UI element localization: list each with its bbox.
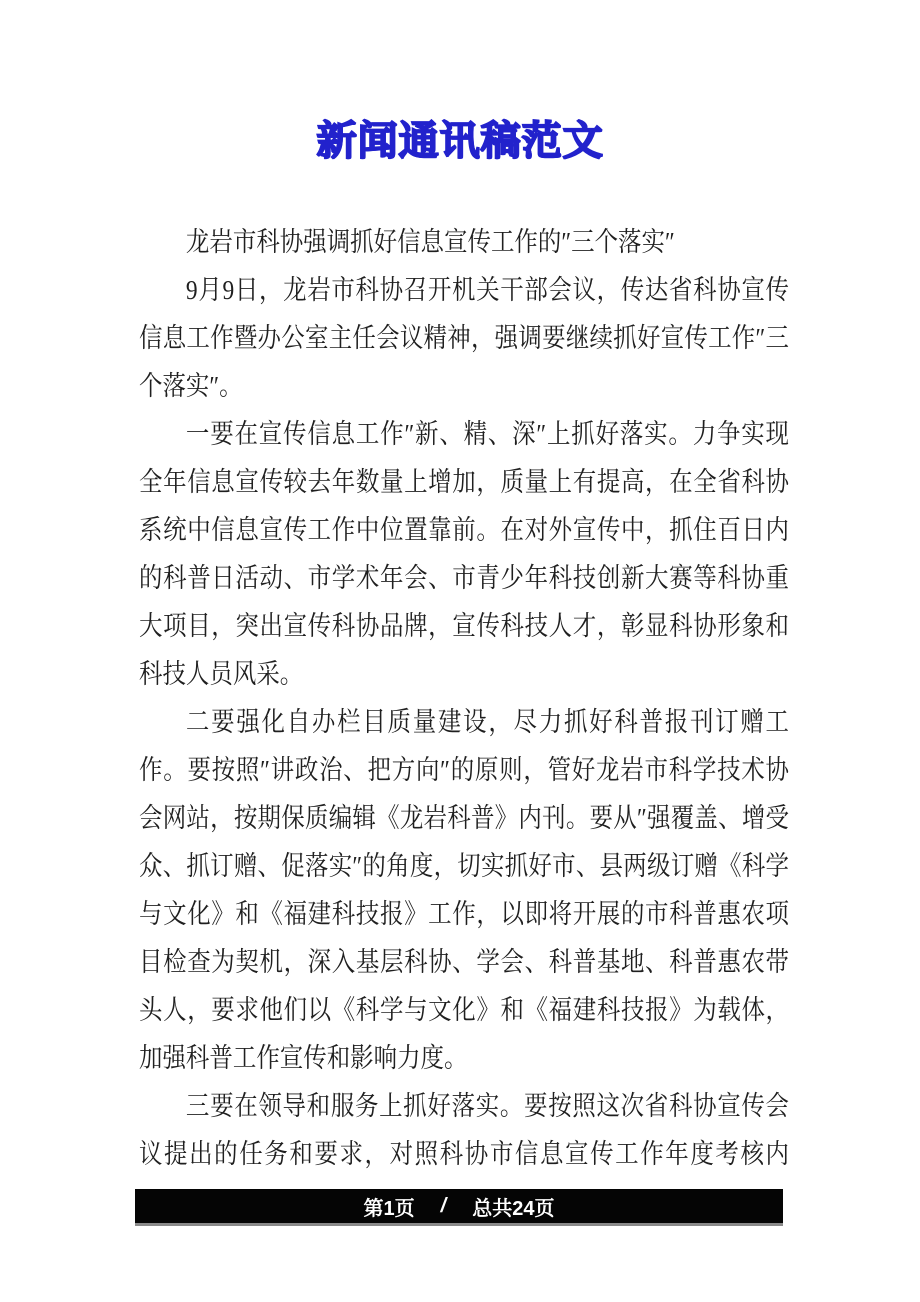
footer-page-number: 第1页 — [364, 1192, 415, 1221]
page-footer: 第1页 / 总共24页 — [135, 1189, 783, 1226]
document-title: 新闻通讯稿范文 — [0, 0, 920, 164]
document-page: 新闻通讯稿范文 龙岩市科协强调抓好信息宣传工作的″三个落实″ 9月9日，龙岩市科… — [0, 0, 920, 1302]
document-body: 龙岩市科协强调抓好信息宣传工作的″三个落实″ 9月9日，龙岩市科协召开机关干部会… — [139, 218, 789, 1183]
paragraph-point-one: 一要在宣传信息工作″新、精、深″上抓好落实。力争实现全年信息宣传较去年数量上增加… — [139, 410, 789, 698]
footer-total-pages: 总共24页 — [472, 1192, 554, 1221]
paragraph-subtitle: 龙岩市科协强调抓好信息宣传工作的″三个落实″ — [139, 218, 789, 266]
paragraph-point-three: 三要在领导和服务上抓好落实。要按照这次省科协宣传会议提出的任务和要求，对照科协市… — [139, 1082, 789, 1183]
footer-separator: / — [441, 1195, 447, 1218]
paragraph-intro: 9月9日，龙岩市科协召开机关干部会议，传达省科协宣传信息工作暨办公室主任会议精神… — [139, 266, 789, 410]
paragraph-point-two: 二要强化自办栏目质量建设，尽力抓好科普报刊订赠工作。要按照″讲政治、把方向″的原… — [139, 698, 789, 1082]
